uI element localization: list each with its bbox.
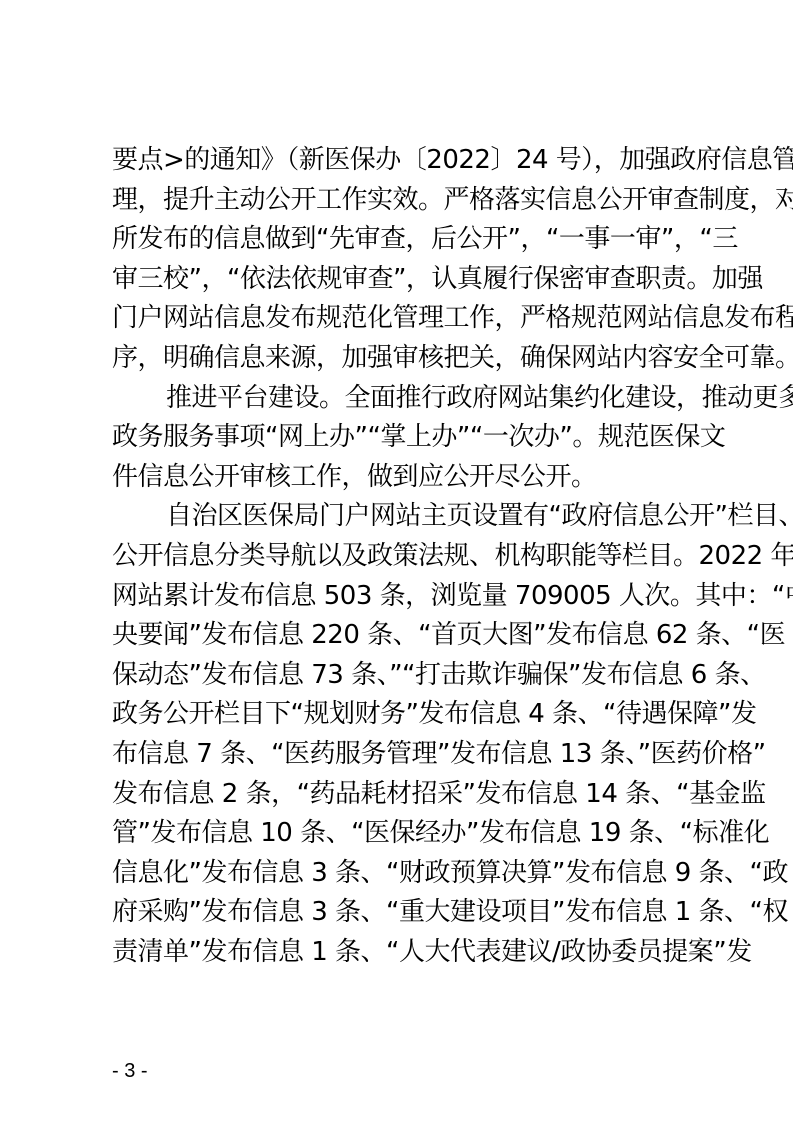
text-line: 门户网站信息发布规范化管理工作，严格规范网站信息发布程: [112, 299, 682, 339]
text-line: 发布信息 2 条，“药品耗材招采”发布信息 14 条、“基金监: [112, 775, 682, 815]
text-line: 理，提升主动公开工作实效。严格落实信息公开审查制度，对: [112, 181, 682, 221]
document-body: 要点>的通知》（新医保办〔2022〕24 号），加强政府信息管 理，提升主动公开…: [112, 141, 682, 972]
text-line: 央要闻”发布信息 220 条、“首页大图”发布信息 62 条、“医: [112, 616, 682, 656]
text-line: 责清单”发布信息 1 条、“人大代表建议/政协委员提案”发: [112, 933, 682, 973]
text-line: 布信息 7 条、“医药服务管理”发布信息 13 条、”医药价格”: [112, 735, 682, 775]
text-line: 审三校”，“依法依规审查”，认真履行保密审查职责。加强: [112, 260, 682, 300]
text-line: 保动态”发布信息 73 条、”“打击欺诈骗保”发布信息 6 条、: [112, 656, 682, 696]
text-line: 网站累计发布信息 503 条，浏览量 709005 人次。其中：“中: [112, 577, 682, 617]
paragraph-start: 推进平台建设。全面推行政府网站集约化建设，推动更多: [112, 379, 682, 419]
text-line: 政务公开栏目下“规划财务”发布信息 4 条、“待遇保障”发: [112, 695, 682, 735]
text-line: 序，明确信息来源，加强审核把关，确保网站内容安全可靠。: [112, 339, 682, 379]
text-line: 件信息公开审核工作，做到应公开尽公开。: [112, 458, 682, 498]
text-line: 府采购”发布信息 3 条、“重大建设项目”发布信息 1 条、“权: [112, 893, 682, 933]
text-line: 信息化”发布信息 3 条、“财政预算决算”发布信息 9 条、“政: [112, 854, 682, 894]
text-line: 公开信息分类导航以及政策法规、机构职能等栏目。2022 年: [112, 537, 682, 577]
text-line: 政务服务事项“网上办”“掌上办”“一次办”。规范医保文: [112, 418, 682, 458]
paragraph-start: 自治区医保局门户网站主页设置有“政府信息公开”栏目、: [112, 497, 682, 537]
text-line: 管”发布信息 10 条、“医保经办”发布信息 19 条、“标准化: [112, 814, 682, 854]
text-line: 要点>的通知》（新医保办〔2022〕24 号），加强政府信息管: [112, 141, 682, 181]
page-number: - 3 -: [112, 1060, 148, 1083]
text-line: 所发布的信息做到“先审查，后公开”，“一事一审”，“三: [112, 220, 682, 260]
